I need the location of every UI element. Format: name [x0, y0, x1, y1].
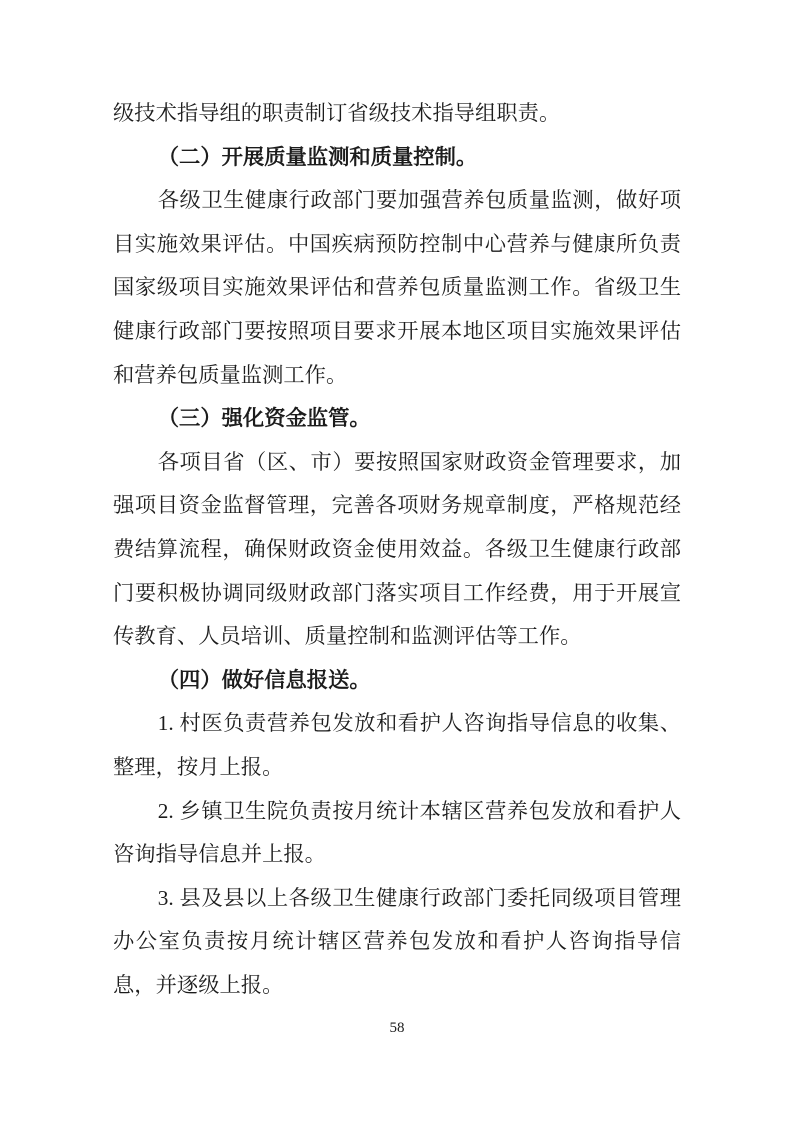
document-body: 级技术指导组的职责制订省级技术指导组职责。 （二）开展质量监测和质量控制。 各级…: [113, 92, 681, 1007]
document-page: 级技术指导组的职责制订省级技术指导组职责。 （二）开展质量监测和质量控制。 各级…: [0, 0, 794, 1122]
page-number: 58: [0, 1020, 794, 1037]
section-heading-3: （三）强化资金监管。: [113, 397, 681, 441]
paragraph-list-item-1: 1. 村医负责营养包发放和看护人咨询指导信息的收集、整理，按月上报。: [113, 702, 681, 789]
paragraph-continued: 级技术指导组的职责制订省级技术指导组职责。: [113, 92, 681, 136]
paragraph-list-item-2: 2. 乡镇卫生院负责按月统计本辖区营养包发放和看护人咨询指导信息并上报。: [113, 790, 681, 877]
paragraph: 各项目省（区、市）要按照国家财政资金管理要求，加强项目资金监督管理，完善各项财务…: [113, 441, 681, 659]
paragraph: 各级卫生健康行政部门要加强营养包质量监测，做好项目实施效果评估。中国疾病预防控制…: [113, 179, 681, 397]
paragraph-list-item-3: 3. 县及县以上各级卫生健康行政部门委托同级项目管理办公室负责按月统计辖区营养包…: [113, 877, 681, 1008]
section-heading-4: （四）做好信息报送。: [113, 659, 681, 703]
section-heading-2: （二）开展质量监测和质量控制。: [113, 136, 681, 180]
